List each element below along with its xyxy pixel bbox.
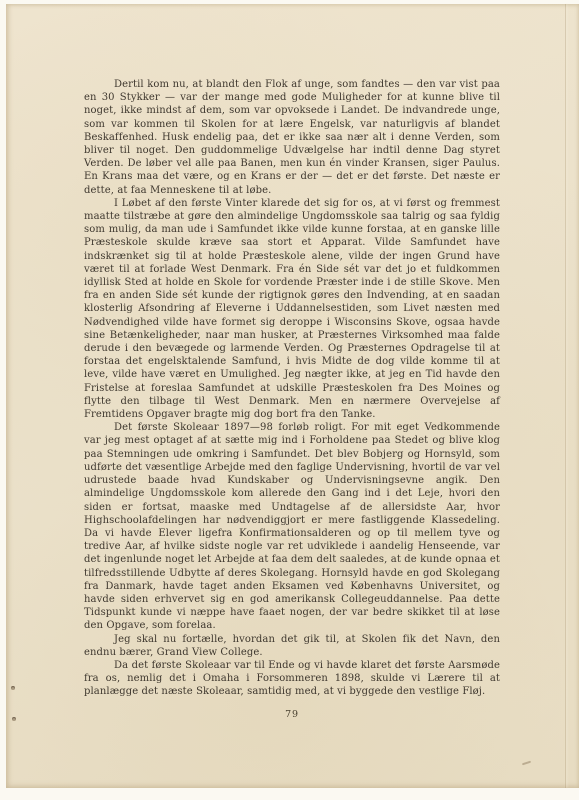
book-page: Dertil kom nu, at blandt den Flok af ung… (6, 4, 579, 788)
paragraph: Det første Skoleaar 1897—98 forløb rolig… (84, 421, 500, 632)
binding-hole (12, 717, 16, 721)
paper-speck (522, 761, 531, 766)
page-number: 79 (84, 709, 500, 720)
binding-hole (11, 686, 15, 690)
paragraph: I Løbet af den første Vinter klarede det… (84, 197, 500, 421)
scan-background: Dertil kom nu, at blandt den Flok af ung… (0, 0, 579, 800)
page-edge-crease (565, 4, 566, 788)
paragraph: Da det første Skoleaar var til Ende og v… (84, 659, 500, 699)
paragraph: Jeg skal nu fortælle, hvordan det gik ti… (84, 633, 500, 659)
text-block: Dertil kom nu, at blandt den Flok af ung… (84, 78, 500, 699)
paragraph: Dertil kom nu, at blandt den Flok af ung… (84, 78, 500, 197)
